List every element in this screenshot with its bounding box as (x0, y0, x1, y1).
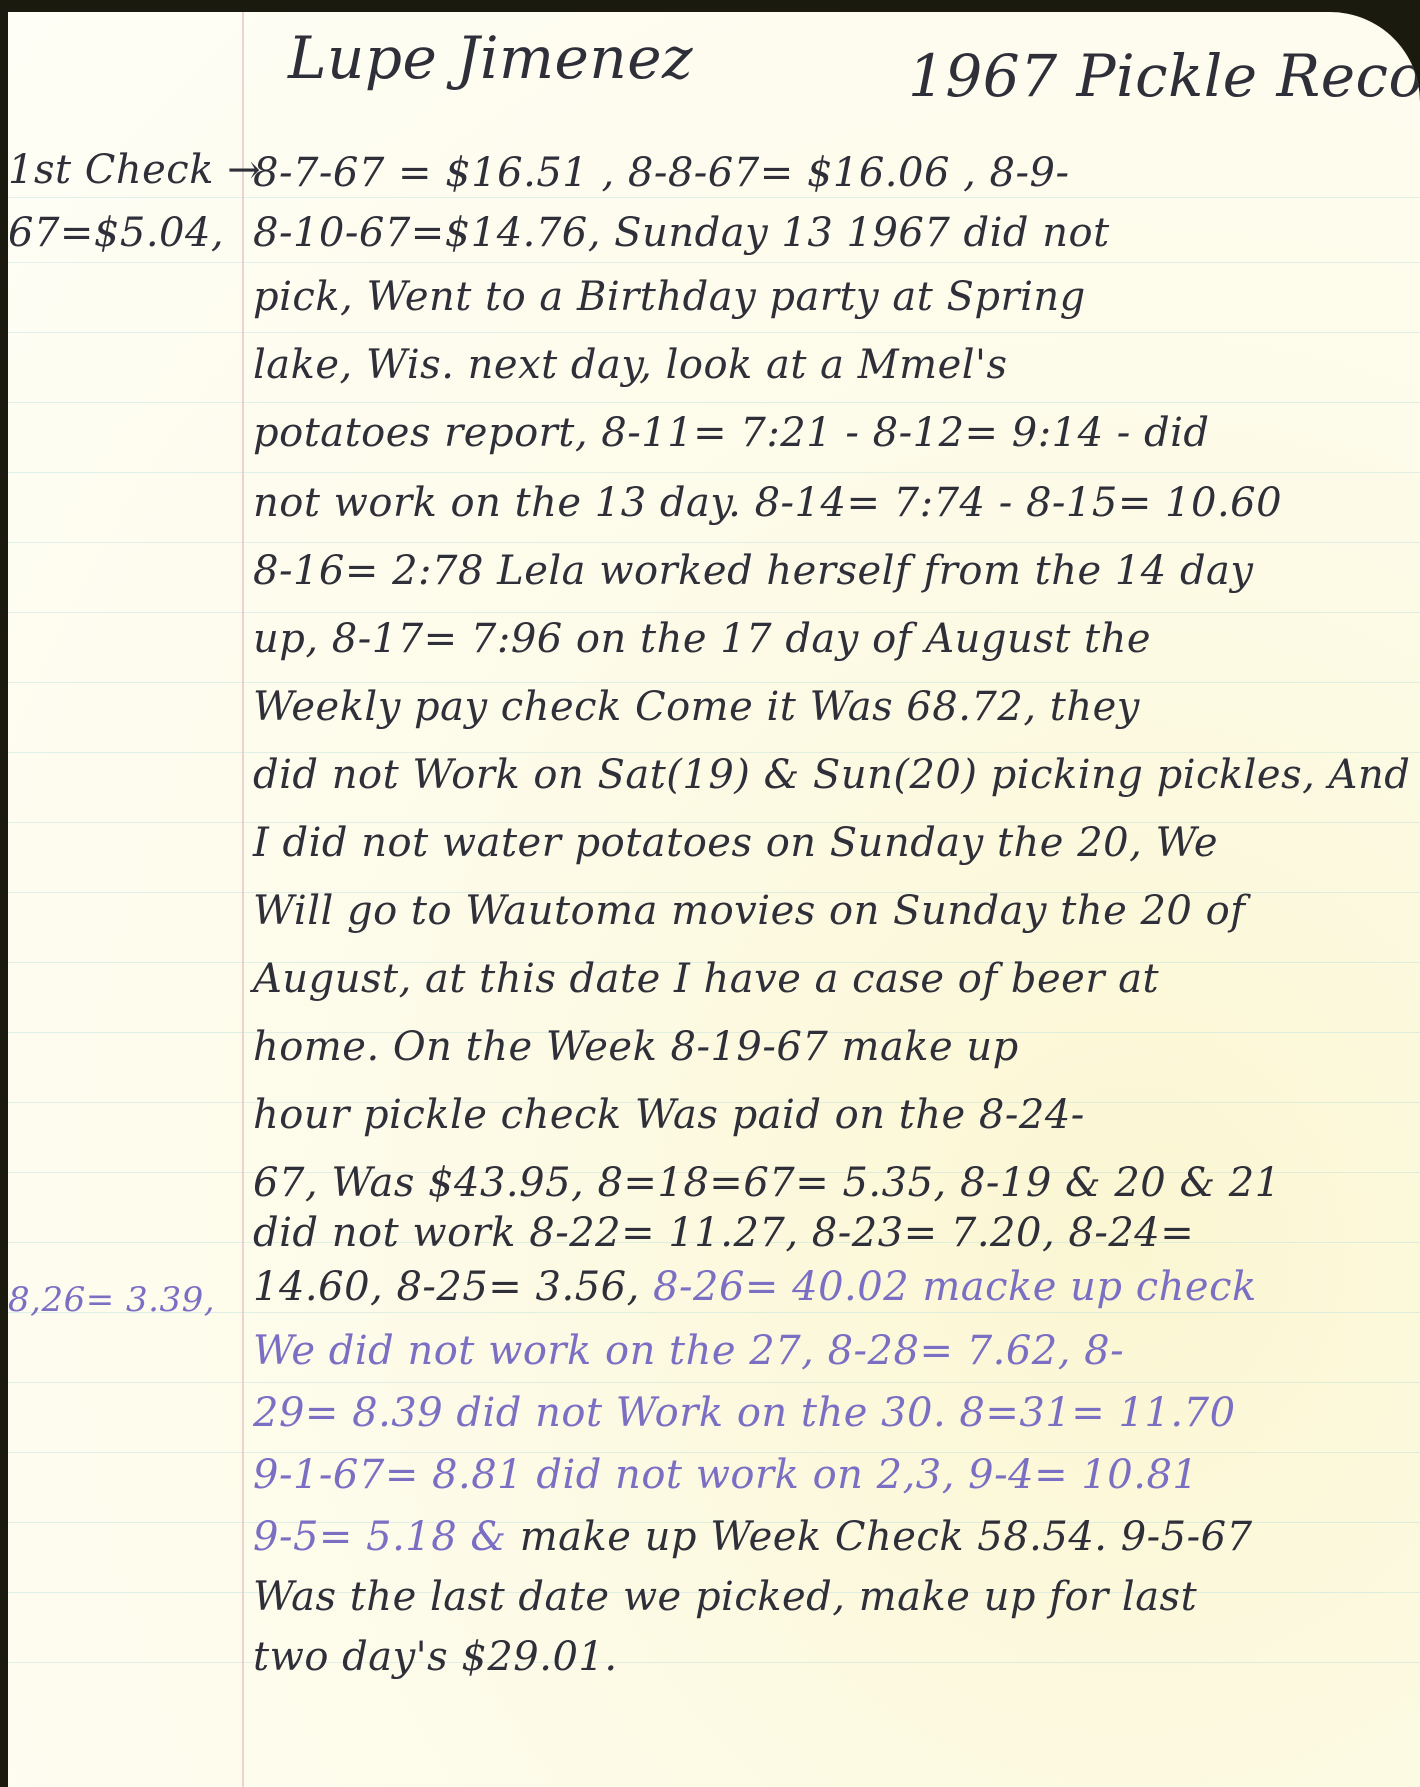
entry-line: home. On the Week 8-19-67 make up (253, 1024, 1019, 1070)
entry-line: hour pickle check Was paid on the 8-24- (253, 1092, 1085, 1138)
ruled-line (8, 197, 1420, 198)
header-name: Lupe Jimenez (288, 24, 693, 92)
entry-line: Was the last date we picked, make up for… (253, 1574, 1197, 1620)
ruled-line (8, 612, 1420, 613)
header-title: 1967 Pickle Record (908, 42, 1420, 110)
entry-line: 8-16= 2:78 Lela worked herself from the … (253, 548, 1254, 594)
ruled-line (8, 542, 1420, 543)
entry-line: Will go to Wautoma movies on Sunday the … (253, 888, 1245, 934)
entry-line: up, 8-17= 7:96 on the 17 day of August t… (253, 616, 1151, 662)
margin-note-amount: 67=$5.04, (8, 210, 224, 256)
entry-line: I did not water potatoes on Sunday the 2… (253, 820, 1218, 866)
entry-segment-purple: 9-5= 5.18 & (253, 1514, 507, 1560)
ruled-line (8, 472, 1420, 473)
entry-line: lake, Wis. next day, look at a Mmel's (253, 342, 1008, 388)
entry-line: pick, Went to a Birthday party at Spring (253, 274, 1086, 320)
ruled-line (8, 1662, 1420, 1663)
entry-line: did not Work on Sat(19) & Sun(20) pickin… (253, 752, 1410, 798)
margin-rule (242, 12, 244, 1787)
entry-line: not work on the 13 day. 8-14= 7:74 - 8-1… (253, 480, 1282, 526)
ruled-line (8, 1312, 1420, 1313)
entry-line: Weekly pay check Come it Was 68.72, they (253, 684, 1140, 730)
ruled-line (8, 402, 1420, 403)
margin-note-purple: 8,26= 3.39, (8, 1280, 215, 1320)
entry-line: 9-1-67= 8.81 did not work on 2,3, 9-4= 1… (253, 1452, 1198, 1498)
entry-line-mixed: 9-5= 5.18 & make up Week Check 58.54. 9-… (253, 1514, 1253, 1560)
ruled-line (8, 1382, 1420, 1383)
entry-line: We did not work on the 27, 8-28= 7.62, 8… (253, 1328, 1124, 1374)
ruled-line (8, 682, 1420, 683)
ruled-line (8, 262, 1420, 263)
entry-line: 8-7-67 = $16.51 , 8-8-67= $16.06 , 8-9- (253, 150, 1069, 196)
entry-segment-purple: 8-26= 40.02 macke up check (653, 1264, 1257, 1310)
entry-line: 8-10-67=$14.76, Sunday 13 1967 did not (253, 210, 1110, 256)
entry-line: 67, Was $43.95, 8=18=67= 5.35, 8-19 & 20… (253, 1160, 1281, 1206)
entry-line: did not work 8-22= 11.27, 8-23= 7.20, 8-… (253, 1210, 1194, 1256)
entry-line: two day's $29.01. (253, 1634, 618, 1680)
ledger-page: Lupe Jimenez 1967 Pickle Record 1st Chec… (8, 12, 1420, 1787)
entry-line: 29= 8.39 did not Work on the 30. 8=31= 1… (253, 1390, 1236, 1436)
entry-line: potatoes report, 8-11= 7:21 - 8-12= 9:14… (253, 410, 1210, 456)
margin-note-first-check: 1st Check → (8, 147, 261, 193)
entry-segment-pencil: 14.60, 8-25= 3.56, (253, 1264, 640, 1310)
entry-line-mixed: 14.60, 8-25= 3.56, 8-26= 40.02 macke up … (253, 1264, 1257, 1310)
entry-line: August, at this date I have a case of be… (253, 956, 1159, 1002)
ruled-line (8, 332, 1420, 333)
entry-segment-pencil: make up Week Check 58.54. 9-5-67 (520, 1514, 1253, 1560)
